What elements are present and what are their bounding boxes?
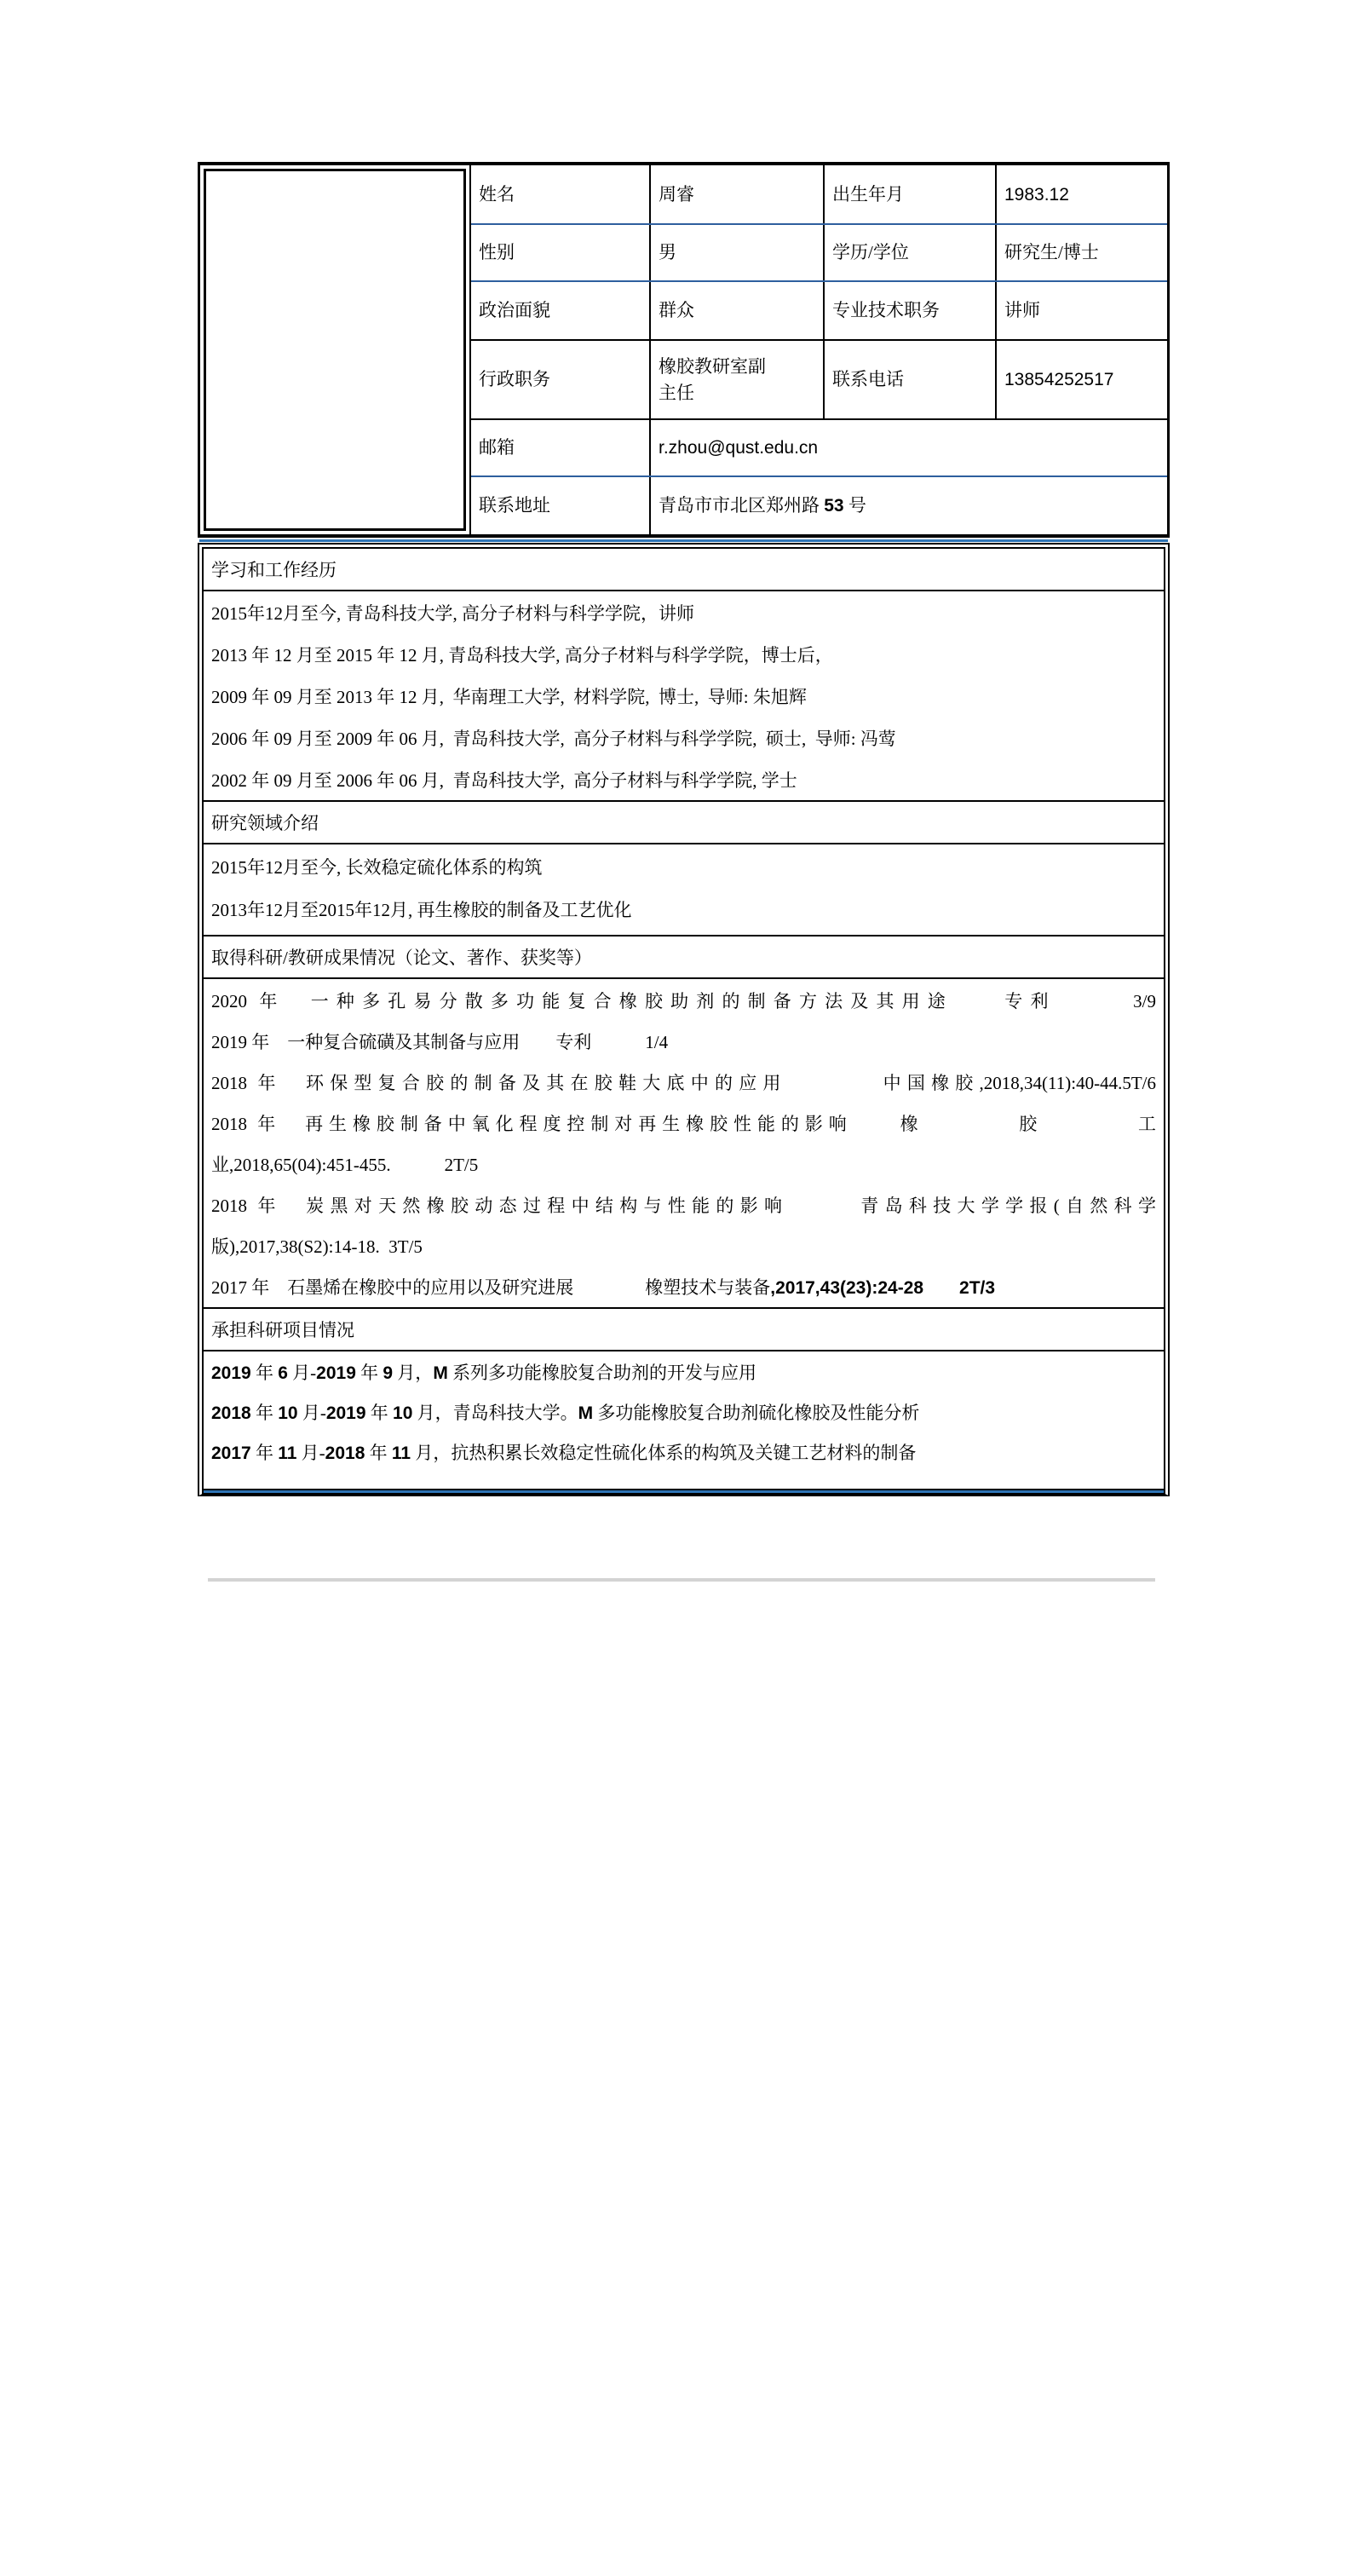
text-segment: 2013 年 12 月至 2015 年 12 月, 青岛科技大学, 高分子材料与…	[211, 645, 833, 666]
accent-line-top-table	[199, 539, 1168, 542]
section-content: 2020 年 一种多孔易分散多功能复合橡胶助剂的制备方法及其用途 专利 3/92…	[204, 979, 1164, 1307]
text-segment: 2018 年 环保型复合胶的制备及其在胶鞋大底中的应用 中国橡胶,2018,34…	[211, 1073, 1156, 1093]
text-segment: 橡胶教研室副 主任	[659, 354, 766, 406]
text-segment: 2015年12月至今, 青岛科技大学, 高分子材料与科学学院，讲师	[211, 603, 694, 624]
field-value: 橡胶教研室副 主任	[651, 341, 825, 418]
text-segment: 2015年12月至今, 长效稳定硫化体系的构筑	[211, 857, 543, 878]
field-value: 13854252517	[997, 341, 1167, 418]
profile-row: 姓名周睿出生年月1983.12	[471, 165, 1167, 225]
content-line: 2013 年 12 月至 2015 年 12 月, 青岛科技大学, 高分子材料与…	[211, 635, 1156, 677]
text-segment: 周睿	[659, 182, 694, 208]
text-segment: 多功能橡胶复合助剂硫化橡胶及性能分析	[593, 1403, 919, 1423]
field-value: 1983.12	[997, 165, 1167, 223]
text-segment: 月-	[296, 1443, 325, 1463]
field-label: 邮箱	[471, 420, 651, 475]
content-line: 2015年12月至今, 长效稳定硫化体系的构筑	[211, 846, 1156, 889]
field-label: 出生年月	[825, 165, 997, 223]
profile-row: 性别男学历/学位研究生/博士	[471, 225, 1167, 282]
text-segment: 10	[278, 1403, 297, 1423]
content-line: 2020 年 一种多孔易分散多功能复合橡胶助剂的制备方法及其用途 专利 3/9	[211, 981, 1156, 1022]
field-label: 学历/学位	[825, 225, 997, 280]
text-segment: 11	[392, 1444, 411, 1463]
text-segment: 青岛市市北区郑州路	[659, 493, 824, 519]
content-line: 2018 年 再生橡胶制备中氧化程度控制对再生橡胶性能的影响 橡 胶 工	[211, 1104, 1156, 1144]
profile-row: 联系地址青岛市市北区郑州路 53 号	[471, 477, 1167, 534]
text-segment	[923, 1277, 959, 1298]
content-line: 2019 年 6 月-2019 年 9 月，M 系列多功能橡胶复合助剂的开发与应…	[211, 1353, 1156, 1393]
field-label: 行政职务	[471, 341, 651, 418]
field-label: 性别	[471, 225, 651, 280]
field-label: 专业技术职务	[825, 282, 997, 339]
content-line: 2015年12月至今, 青岛科技大学, 高分子材料与科学学院，讲师	[211, 593, 1156, 635]
content-line: 2018 年 环保型复合胶的制备及其在胶鞋大底中的应用 中国橡胶,2018,34…	[211, 1063, 1156, 1104]
field-value: r.zhou@qust.edu.cn	[651, 420, 1167, 475]
content-line: 2002 年 09 月至 2006 年 06 月, 青岛科技大学, 高分子材料与…	[211, 760, 1156, 800]
text-segment: 系列多功能橡胶复合助剂的开发与应用	[448, 1363, 756, 1383]
profile-row: 邮箱r.zhou@qust.edu.cn	[471, 420, 1167, 477]
text-segment: 2018 年 炭黑对天然橡胶动态过程中结构与性能的影响 青岛科技大学学报(自然科…	[211, 1196, 1156, 1216]
field-value: 周睿	[651, 165, 825, 223]
text-segment: 6	[278, 1363, 288, 1383]
content-line: 版),2017,38(S2):14-18. 3T/5	[211, 1226, 1156, 1267]
photo-placeholder	[204, 169, 466, 531]
section-content: 2019 年 6 月-2019 年 9 月，M 系列多功能橡胶复合助剂的开发与应…	[204, 1351, 1164, 1489]
text-segment: 年	[356, 1363, 383, 1383]
text-segment: 年	[366, 1403, 394, 1423]
field-value: 研究生/博士	[997, 225, 1167, 280]
text-segment: 2018	[211, 1403, 251, 1423]
text-segment: 2T/3	[959, 1278, 995, 1298]
text-segment: M	[578, 1403, 594, 1423]
text-segment: 53	[824, 493, 843, 519]
text-segment: 号	[844, 493, 866, 519]
text-segment: 月，	[393, 1363, 433, 1383]
text-segment: 2006 年 09 月至 2009 年 06 月, 青岛科技大学, 高分子材料与…	[211, 729, 896, 749]
accent-line-bottom-table	[204, 1489, 1164, 1493]
text-segment: 1983.12	[1004, 182, 1069, 208]
text-segment: ,2017,43(23):24-28	[770, 1278, 923, 1298]
text-segment: 2019 年 一种复合硫磺及其制备与应用 专利 1/4	[211, 1032, 668, 1052]
field-value: 讲师	[997, 282, 1167, 339]
document-page: 姓名周睿出生年月1983.12性别男学历/学位研究生/博士政治面貌群众专业技术职…	[0, 0, 1346, 2576]
section-header: 承担科研项目情况	[204, 1307, 1164, 1351]
text-segment: 2018 年 再生橡胶制备中氧化程度控制对再生橡胶性能的影响 橡 胶 工	[211, 1114, 1156, 1134]
field-label: 姓名	[471, 165, 651, 223]
section-header: 研究领域介绍	[204, 800, 1164, 844]
content-line: 2013年12月至2015年12月, 再生橡胶的制备及工艺优化	[211, 889, 1156, 931]
field-label: 联系电话	[825, 341, 997, 418]
content-line: 2006 年 09 月至 2009 年 06 月, 青岛科技大学, 高分子材料与…	[211, 718, 1156, 760]
field-value: 男	[651, 225, 825, 280]
text-segment: 群众	[659, 297, 694, 324]
text-segment: 业,2018,65(04):451-455. 2T/5	[211, 1155, 478, 1175]
profile-info-grid: 姓名周睿出生年月1983.12性别男学历/学位研究生/博士政治面貌群众专业技术职…	[469, 165, 1167, 534]
text-segment: 2019	[326, 1403, 366, 1423]
text-segment: 11	[278, 1444, 296, 1463]
text-segment: 男	[659, 239, 676, 266]
text-segment: 研究生/博士	[1004, 239, 1099, 266]
text-segment: 2019	[316, 1363, 356, 1383]
text-segment: 月，青岛科技大学。	[412, 1403, 578, 1423]
text-segment: 10	[393, 1403, 412, 1423]
section-header: 取得科研/教研成果情况（论文、著作、获奖等）	[204, 935, 1164, 979]
text-segment: 9	[383, 1363, 393, 1383]
text-segment: 版),2017,38(S2):14-18. 3T/5	[211, 1236, 423, 1257]
text-segment: 2020 年 一种多孔易分散多功能复合橡胶助剂的制备方法及其用途 专利 3/9	[211, 991, 1156, 1011]
field-label: 联系地址	[471, 477, 651, 534]
section-header: 学习和工作经历	[204, 549, 1164, 591]
content-line: 2017 年 11 月-2018 年 11 月，抗热积累长效稳定性硫化体系的构筑…	[211, 1433, 1156, 1473]
text-segment: 年	[365, 1443, 392, 1463]
text-segment: 讲师	[1004, 297, 1040, 324]
text-segment: 月，抗热积累长效稳定性硫化体系的构筑及关键工艺材料的制备	[411, 1443, 916, 1463]
text-segment: 年	[251, 1363, 279, 1383]
text-segment: 2002 年 09 月至 2006 年 06 月, 青岛科技大学, 高分子材料与…	[211, 770, 797, 791]
page-separator	[208, 1578, 1155, 1582]
field-value: 群众	[651, 282, 825, 339]
text-segment: 年	[251, 1443, 279, 1463]
text-segment: 2009 年 09 月至 2013 年 12 月, 华南理工大学, 材料学院, …	[211, 687, 807, 707]
section-content: 2015年12月至今, 长效稳定硫化体系的构筑2013年12月至2015年12月…	[204, 844, 1164, 935]
content-line: 2019 年 一种复合硫磺及其制备与应用 专利 1/4	[211, 1022, 1156, 1063]
field-label: 政治面貌	[471, 282, 651, 339]
content-line: 2009 年 09 月至 2013 年 12 月, 华南理工大学, 材料学院, …	[211, 677, 1156, 718]
profile-row: 政治面貌群众专业技术职务讲师	[471, 282, 1167, 341]
content-line: 2017 年 石墨烯在橡胶中的应用以及研究进展 橡塑技术与装备,2017,43(…	[211, 1267, 1156, 1307]
text-segment: M	[433, 1363, 448, 1383]
text-segment: 13854252517	[1004, 366, 1113, 393]
text-segment: 2017 年 石墨烯在橡胶中的应用以及研究进展 橡塑技术与装备	[211, 1277, 770, 1298]
sections-table: 学习和工作经历2015年12月至今, 青岛科技大学, 高分子材料与科学学院，讲师…	[198, 543, 1170, 1496]
profile-row: 行政职务橡胶教研室副 主任联系电话13854252517	[471, 341, 1167, 420]
text-segment: 2013年12月至2015年12月, 再生橡胶的制备及工艺优化	[211, 900, 632, 920]
section-content: 2015年12月至今, 青岛科技大学, 高分子材料与科学学院，讲师2013 年 …	[204, 591, 1164, 800]
content-line: 业,2018,65(04):451-455. 2T/5	[211, 1144, 1156, 1185]
content-line: 2018 年 10 月-2019 年 10 月，青岛科技大学。M 多功能橡胶复合…	[211, 1393, 1156, 1433]
content-line: 2018 年 炭黑对天然橡胶动态过程中结构与性能的影响 青岛科技大学学报(自然科…	[211, 1185, 1156, 1226]
profile-table: 姓名周睿出生年月1983.12性别男学历/学位研究生/博士政治面貌群众专业技术职…	[198, 162, 1170, 538]
text-segment: 月-	[288, 1363, 316, 1383]
text-segment: 2019	[211, 1363, 251, 1383]
field-value: 青岛市市北区郑州路 53 号	[651, 477, 1167, 534]
text-segment: 年	[251, 1403, 279, 1423]
text-segment: 2018	[325, 1444, 365, 1463]
text-segment: r.zhou@qust.edu.cn	[659, 435, 818, 461]
text-segment: 2017	[211, 1444, 251, 1463]
text-segment: 月-	[298, 1403, 326, 1423]
